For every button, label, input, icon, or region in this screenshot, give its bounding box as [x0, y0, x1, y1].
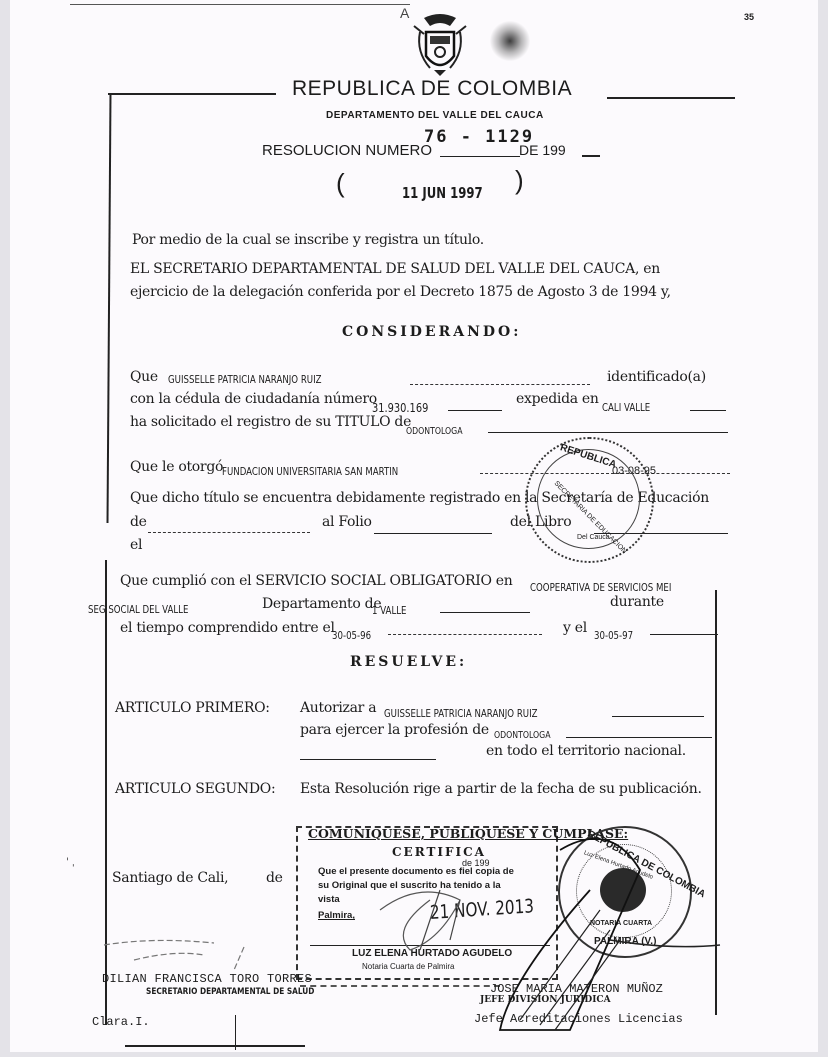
- blank-line: [650, 634, 718, 635]
- cedula-number: 31.930.169: [372, 401, 428, 415]
- y-el-label: y el: [563, 620, 587, 636]
- fecha-inicio: 30-05-96: [332, 630, 371, 642]
- department-title: DEPARTAMENTO DEL VALLE DEL CAUCA: [326, 110, 544, 121]
- handwritten-signatures: [310, 830, 730, 1040]
- fecha-fin: 30-05-97: [594, 630, 633, 642]
- expedida-label: expedida en: [516, 391, 599, 407]
- frame-left: [106, 93, 111, 523]
- articulo-primero-label: ARTICULO PRIMERO:: [115, 700, 270, 716]
- coat-of-arms-icon: [410, 12, 470, 82]
- header-rule-right: [607, 97, 735, 99]
- handwritten-a: A: [400, 5, 409, 21]
- document-page: A 35 REPUBLICA DE COLOMBIA DEPARTAMENTO …: [10, 0, 818, 1052]
- year-blank: [582, 155, 600, 157]
- resolution-number-line: [440, 156, 520, 157]
- blank-line: [566, 737, 712, 738]
- header-rule-left: [108, 93, 276, 95]
- signature-line: [300, 985, 500, 987]
- blank-line: [410, 384, 590, 385]
- institution-name: FUNDACION UNIVERSITARIA SAN MARTIN: [222, 466, 398, 478]
- applicant-name: GUISSELLE PATRICIA NARANJO RUIZ: [168, 374, 322, 386]
- date-paren-right: ): [515, 165, 524, 196]
- bottom-scan-artifact: [125, 1045, 305, 1047]
- authority-line-2: ejercicio de la delegación conferida por…: [130, 284, 671, 300]
- page-mark: 35: [744, 12, 754, 22]
- articulo-primero-text: Autorizar a: [300, 700, 376, 716]
- folio-label: al Folio: [322, 514, 372, 530]
- el-label: el: [130, 537, 142, 553]
- blank-line: [374, 533, 492, 534]
- purpose-text: Por medio de la cual se inscribe y regis…: [132, 232, 484, 248]
- blank-line: [440, 612, 530, 613]
- resolution-date: 11 JUN 1997: [402, 184, 483, 202]
- accreditation-title: Jefe Acreditaciones Licencias: [474, 1012, 683, 1026]
- blank-line: [488, 432, 728, 433]
- profesion-label: para ejercer la profesión de: [300, 722, 489, 738]
- education-seal: REPUBLICA SECRETARIA DE EDUCACION Del Ca…: [525, 437, 654, 563]
- profesion-value: ODONTOLOGA: [494, 730, 551, 741]
- legal-title: JEFE DIVISION JURIDICA: [480, 995, 611, 1005]
- otorgo-label: Que le otorgó: [130, 459, 223, 475]
- legal-name: JOSE MARIA MATERON MUÑOZ: [490, 982, 663, 996]
- secretary-signature: [94, 935, 314, 975]
- secretary-name: DILIAN FRANCISCA TORO TORRES: [102, 972, 312, 986]
- margin-mark: ' ˌ: [66, 857, 75, 868]
- blank-line: [690, 410, 726, 411]
- resolution-number: 76 - 1129: [424, 127, 534, 147]
- articulo-segundo-label: ARTICULO SEGUNDO:: [115, 781, 275, 797]
- place-label: Santiago de Cali,: [112, 870, 228, 886]
- durante-label: durante: [610, 594, 664, 610]
- identificado-label: identificado(a): [607, 369, 706, 385]
- blank-line: [300, 759, 436, 760]
- typist-initials: Clara.I.: [92, 1015, 150, 1029]
- articulo-primero-name: GUISSELLE PATRICIA NARANJO RUIZ: [384, 708, 538, 720]
- departamento-label: Departamento de: [262, 596, 381, 612]
- cedula-label: con la cédula de ciudadanía número: [130, 391, 377, 407]
- resolution-year-label: DE 199: [519, 142, 566, 158]
- blank-line: [448, 410, 502, 411]
- servicio-entity-2: SEG SOCIAL DEL VALLE: [88, 604, 188, 616]
- blank-line: [148, 532, 310, 533]
- servicio-line: Que cumplió con el SERVICIO SOCIAL OBLIG…: [120, 573, 512, 589]
- secretary-title: SECRETARIO DEPARTAMENTAL DE SALUD: [146, 987, 314, 997]
- servicio-entity-1: COOPERATIVA DE SERVICIOS MEI: [530, 582, 671, 594]
- departamento-value: 1 VALLE: [372, 605, 406, 617]
- titulo-label: ha solicitado el registro de su TITULO d…: [130, 414, 411, 430]
- date-paren-left: (: [336, 168, 345, 199]
- authority-line-1: EL SECRETARIO DEPARTAMENTAL DE SALUD DEL…: [130, 261, 660, 277]
- articulo-segundo-text: Esta Resolución rige a partir de la fech…: [300, 781, 702, 797]
- place-de-label: de: [266, 870, 283, 886]
- de-label: de: [130, 514, 147, 530]
- blank-line: [388, 634, 542, 635]
- tiempo-label: el tiempo comprendido entre el: [120, 620, 335, 636]
- resolution-label: RESOLUCION NUMERO: [262, 142, 432, 159]
- considerando-heading: CONSIDERANDO:: [342, 324, 521, 340]
- territorio-text: en todo el territorio nacional.: [486, 743, 686, 759]
- blank-line: [612, 716, 704, 717]
- titulo-value: ODONTOLOGA: [406, 426, 463, 437]
- que-label: Que: [130, 369, 158, 385]
- expedida-value: CALI VALLE: [602, 402, 650, 414]
- country-title: REPUBLICA DE COLOMBIA: [292, 77, 572, 101]
- top-scan-artifact: [70, 4, 410, 5]
- resuelve-heading: RESUELVE:: [350, 654, 467, 670]
- ink-stain: [490, 20, 530, 62]
